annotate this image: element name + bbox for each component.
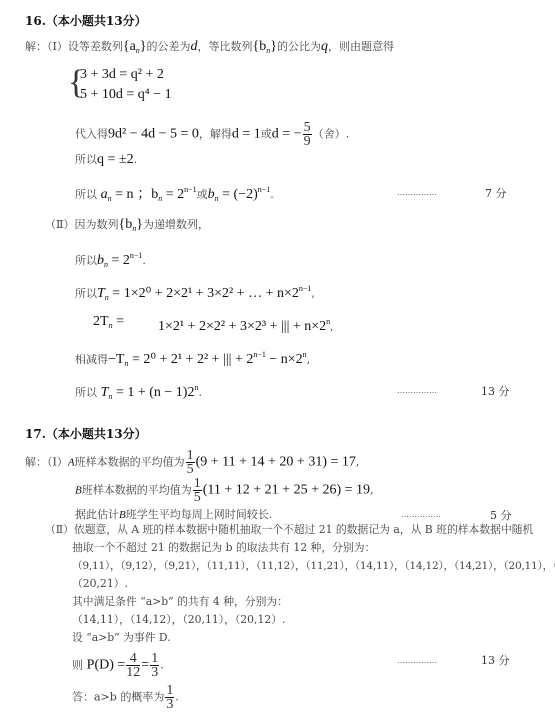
q17-part2-line2: 抽取一个不超过 21 的数据记为 b 的取法共有 12 种，分别为： [72,541,375,555]
pairs-line-1: （9,11），（9,12），（9,21），（11,11），（11,12），（11… [72,559,555,573]
pairs-line-2: （20,21）. [72,577,128,591]
part2-intro: （Ⅱ）因为数列{bn}为递增数列， [45,217,209,236]
cond-pairs: （14,11），（14,12），（20,11），（20,12）. [72,613,285,627]
so-bn-line: 所以bn = 2n−1. [75,249,146,272]
probability-line: 则 P(D) =412=13. [72,652,164,679]
final-line: 所以 Tn = 1 + (n − 1)2n. [75,381,202,404]
event-line: 设 “a>b” 为事件 D. [72,631,171,645]
q17-a-mean: 解：（Ⅰ）A班样本数据的平均值为15(9 + 11 + 14 + 20 + 31… [25,449,359,476]
so-an-bn-line: 所以 an = n ；bn = 2n−1或bn = (−2)n−1. [75,183,274,206]
q17-b-mean: B班样本数据的平均值为15(11 + 12 + 21 + 25 + 26) = … [75,477,374,504]
q17-header: 17.（本小题共13分） [25,427,147,441]
so-q-line: 所以q = ±2. [75,152,137,167]
q16-header: 16.（本小题共13分） [25,14,147,28]
q16-intro: 解：（Ⅰ）设等差数列{an}的公差为d，等比数列{bn}的公比为q，则由题意得 [25,39,394,58]
score-7: 7 分 [485,185,507,201]
score-13: 13 分 [481,383,510,399]
score-dots: …………… [397,656,437,665]
q17-estimate: 据此估计B班学生平均每周上网时间较长. [75,507,272,522]
q17-part2-line1: （Ⅱ）依题意，从 A 班的样本数据中随机抽取一个不超过 21 的数据记为 a，从… [45,523,533,537]
score-dots: …………… [397,386,437,395]
subtract-line: 相减得−Tn = 2⁰ + 2¹ + 2² + ||| + 2n−1 − n×2… [75,348,310,371]
score-13: 13 分 [481,652,510,668]
answer-line: 答：a>b 的概率为13. [72,684,179,711]
two-tn-rhs: 1×2¹ + 2×2² + 3×2³ + ||| + n×2n, [158,315,333,334]
score-dots: …………… [397,188,437,197]
condition-line: 其中满足条件 “a>b” 的共有 4 种，分别为： [72,595,288,609]
system-eq-1: 3 + 3d = q² + 2 [80,68,164,82]
tn-line: 所以Tn = 1×2⁰ + 2×2¹ + 3×2² + … + n×2n−1, [75,282,315,305]
system-eq-2: 5 + 10d = q⁴ − 1 [80,88,172,102]
two-tn-lhs: 2Tn = [93,315,124,333]
substitute-line: 代入得9d² − 4d − 5 = 0，解得d = 1或d = −59（舍）. [75,121,349,148]
score-5: 5 分 [490,507,512,523]
score-dots: …………… [401,510,441,519]
